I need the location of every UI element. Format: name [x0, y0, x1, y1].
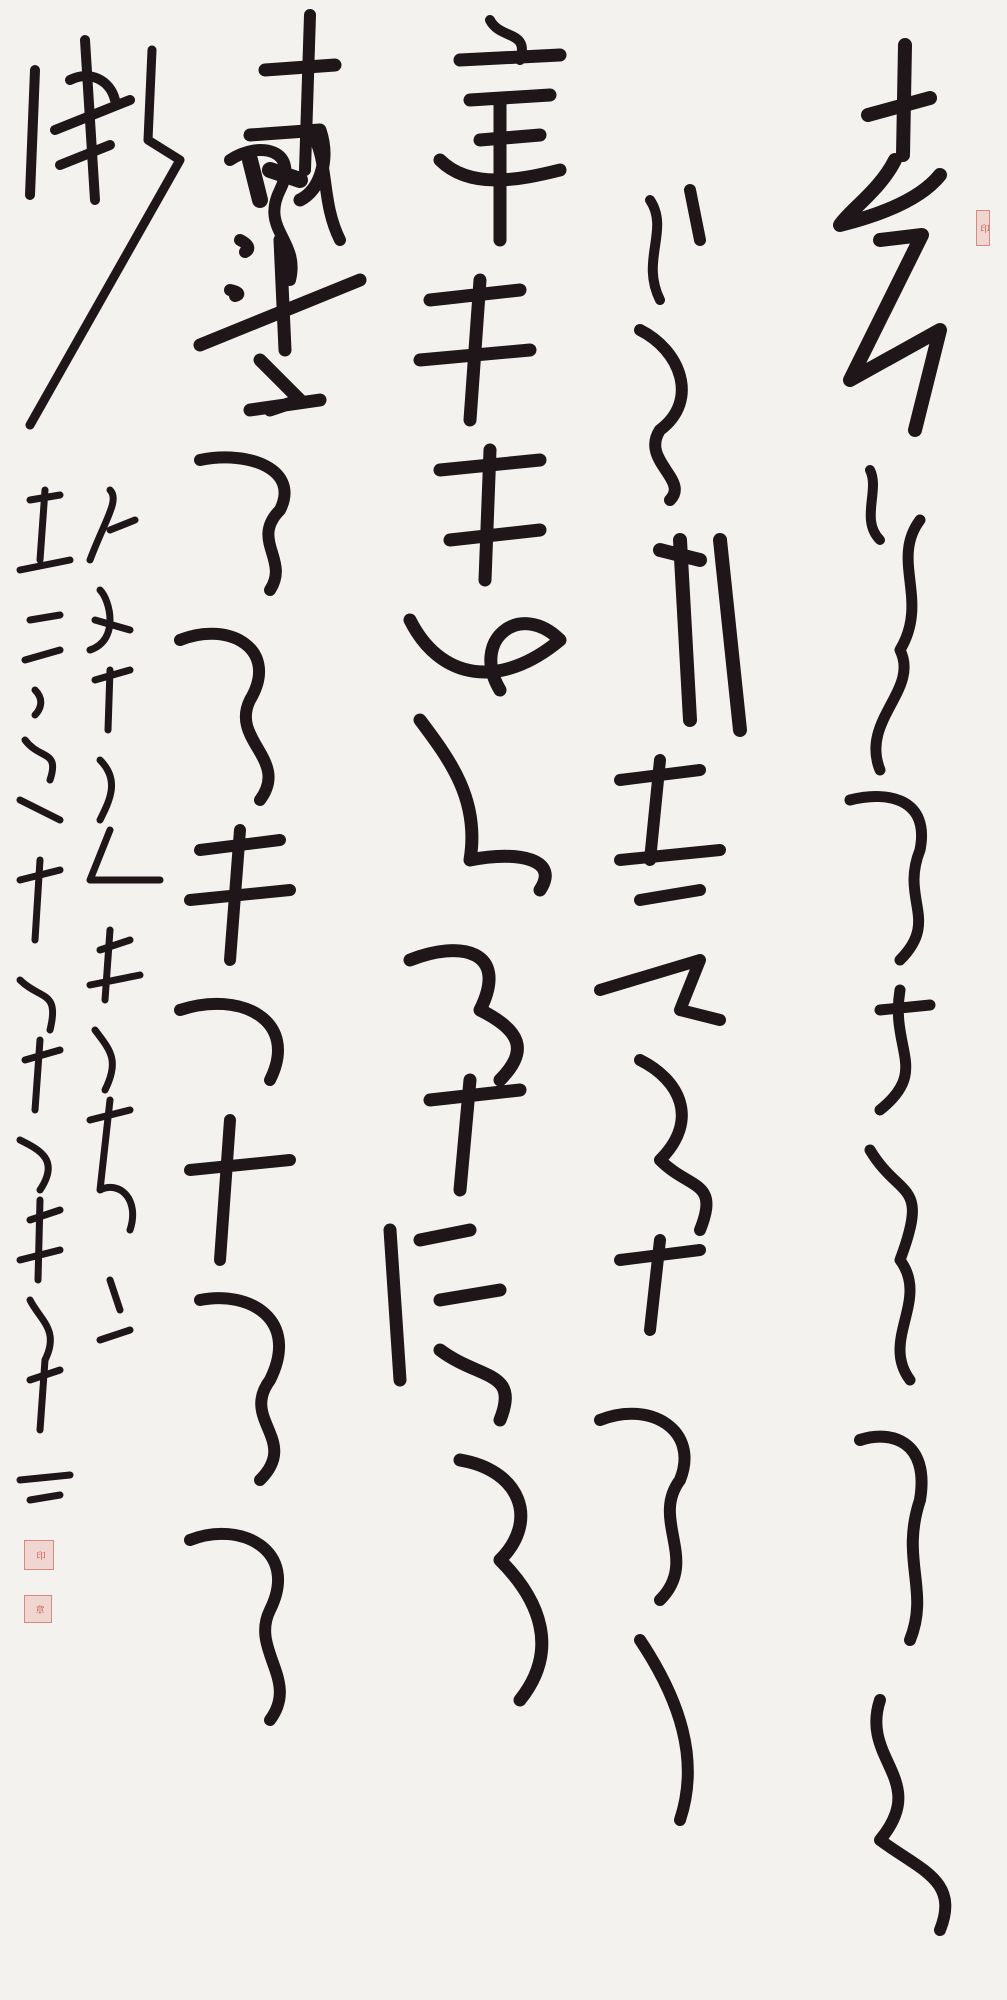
name-seal-1: 印: [24, 1540, 54, 1570]
column-2: [600, 190, 740, 1820]
column-6: [30, 40, 180, 425]
name-seal-2: 章: [24, 1595, 52, 1623]
leisure-seal: 印: [976, 210, 990, 246]
inscription: [20, 490, 160, 1500]
calligraphy-strokes: [0, 0, 1007, 2000]
column-1: [840, 45, 945, 1930]
column-3: [390, 20, 560, 1700]
